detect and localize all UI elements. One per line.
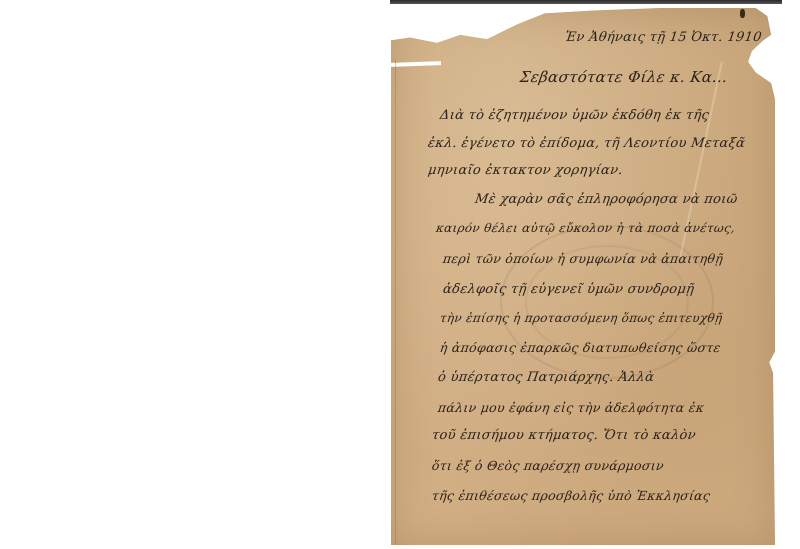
letter-line: τοῦ ἐπισήμου κτήματος. Ὅτι τὸ καλὸν — [431, 428, 697, 443]
letter-line: ὁ ὑπέρτατος Πατριάρχης. Ἀλλὰ — [437, 370, 655, 385]
letter-line: περὶ τῶν ὁποίων ἡ συμφωνία νὰ ἀπαιτηθῇ — [442, 251, 724, 266]
letter-date: Ἐν Ἀθήναις τῇ 15 Ὀκτ. 1910 — [564, 30, 763, 45]
letter-line: τὴν ἐπίσης ἡ προτασσόμενη ὅπως ἐπιτευχθῇ — [439, 311, 723, 325]
letter-line: Μὲ χαρὰν σᾶς ἐπληροφόρησα νὰ ποιῶ — [474, 192, 739, 207]
letter-line: ἀδελφοῖς τῇ εὐγενεῖ ὑμῶν συνδρομῇ — [442, 282, 695, 297]
letter-salutation: Σεβαστότατε Φίλε κ. Κα... — [519, 68, 729, 86]
viewer-top-bar — [390, 0, 782, 4]
letter-line: μηνιαῖο ἐκτακτον χορηγίαν. — [427, 163, 624, 178]
ink-mark — [740, 9, 745, 18]
letter-line: πάλιν μου ἐφάνη εἰς τὴν ἀδελφότητα ἐκ — [437, 400, 706, 415]
letter-line: ὅτι ἐξ ὁ Θεὸς παρέσχῃ συνάρμοσιν — [431, 458, 665, 473]
letter-line: ἡ ἀπόφασις ἐπαρκῶς διατυπωθείσης ὥστε — [439, 340, 722, 355]
letter-line: τῆς ἐπιθέσεως προσβολῆς ὑπὸ Ἐκκλησίας — [431, 488, 711, 503]
paper-fold-line — [395, 60, 396, 545]
letter-line: καιρόν θέλει αὐτῷ εὔκολον ἡ τὰ ποσὰ ἀνέτ… — [435, 221, 736, 235]
letter-line: ἐκλ. ἐγένετο τὸ ἐπίδομα, τῆ Λεοντίου Μετ… — [427, 136, 746, 151]
letter-line: Διὰ τὸ ἐζητημένον ὑμῶν ἐκδόθη ἐκ τῆς — [439, 108, 710, 123]
